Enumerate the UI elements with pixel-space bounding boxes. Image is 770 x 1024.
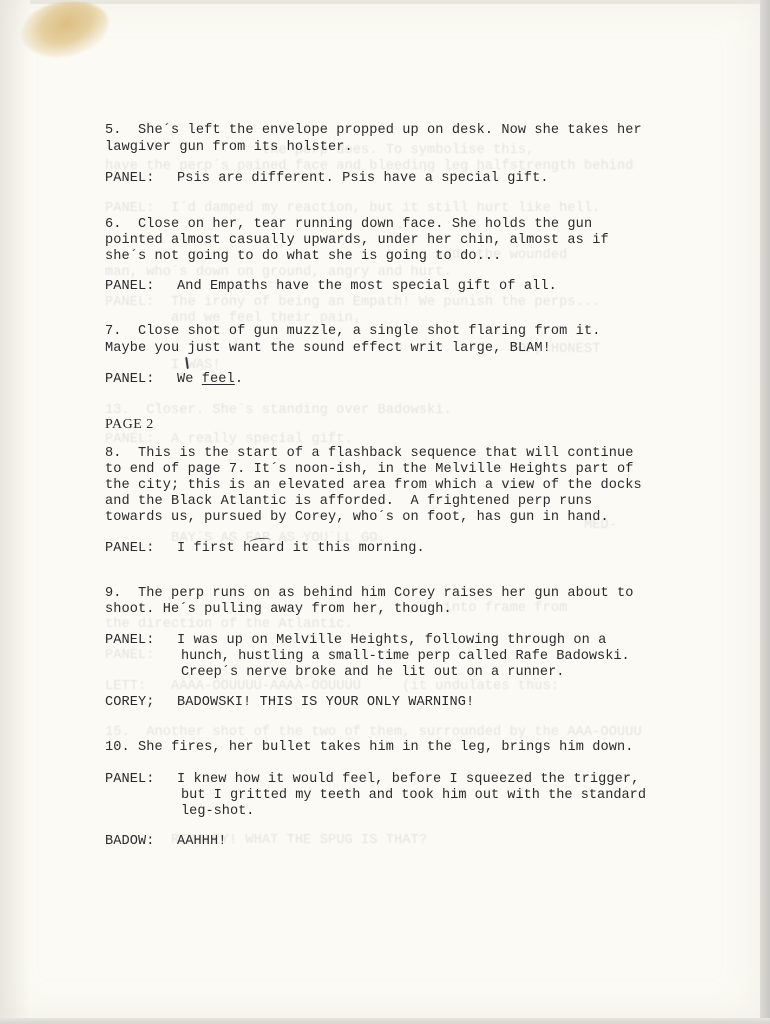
panel-description-line: 9. The perp runs on as behind him Corey …	[105, 586, 634, 602]
bleed-through-line: PANEL:	[105, 648, 155, 664]
speaker-label: BADOW:	[105, 834, 177, 850]
dialogue-continuation: but I gritted my teeth and took him out …	[181, 788, 646, 804]
page-heading: PAGE 2	[105, 417, 154, 433]
speaker-label: PANEL:	[105, 372, 177, 388]
underlined-word: feel	[202, 372, 235, 387]
dialogue-line: COREY;BADOWSKI! THIS IS YOUR ONLY WARNIN…	[105, 695, 474, 711]
panel-description-line: to end of page 7. It´s noon-ish, in the …	[105, 462, 633, 478]
bleed-through-line: 13. Closer. She´s standing over Badowski…	[105, 403, 452, 419]
paper-left-shadow	[0, 0, 30, 1018]
dialogue-continuation: Creep´s nerve broke and he lit out on a …	[181, 665, 564, 681]
bleed-through-line: 15. Another shot of the two of them, sur…	[105, 725, 642, 741]
panel-description-line: the city; this is an elevated area from …	[105, 478, 642, 494]
panel-number: 7.	[105, 324, 122, 339]
panel-description-line: and the Black Atlantic is afforded. A fr…	[105, 494, 592, 510]
dialogue-line: PANEL:I knew how it would feel, before I…	[105, 772, 639, 788]
bleed-through-line: PANEL: The irony of being an Empath! We …	[105, 295, 600, 311]
speaker-label: PANEL:	[105, 279, 177, 295]
dialogue-line: BADOW:AAHHH!	[105, 834, 227, 850]
panel-description-line: pointed almost casually upwards, under h…	[105, 233, 609, 249]
speaker-label: COREY;	[105, 695, 177, 711]
paper-top-edge	[30, 0, 760, 4]
dialogue-continuation: hunch, hustling a small-time perp called…	[181, 649, 630, 665]
dialogue-line: PANEL:And Empaths have the most special …	[105, 279, 557, 295]
bleed-through-line: LETT: AAAA-OOUUUU-AAAA-OOUUUU (it undula…	[105, 679, 559, 695]
panel-number: 6.	[105, 217, 122, 232]
dialogue-continuation: leg-shot.	[181, 804, 254, 820]
panel-description-line: 10. She fires, her bullet takes him in t…	[105, 740, 634, 756]
bleed-through-line: the direction of the Atlantic.	[105, 617, 353, 633]
panel-description-line: shoot. He´s pulling away from her, thoug…	[105, 602, 452, 618]
speaker-label: PANEL:	[105, 633, 177, 649]
bleed-through-line: PANEL: I´d damped my reaction, but it st…	[105, 201, 600, 217]
scanner-bottom-edge	[0, 1018, 770, 1024]
panel-description-line: 6. Close on her, tear running down face.…	[105, 217, 592, 233]
dialogue-line: PANEL:We feel.	[105, 372, 243, 388]
panel-description-line: 5. She´s left the envelope propped up on…	[105, 123, 642, 139]
panel-number: 9.	[105, 586, 122, 601]
dialogue-line: PANEL:I was up on Melville Heights, foll…	[105, 633, 606, 649]
speaker-label: PANEL:	[105, 772, 177, 788]
speaker-label: PANEL:	[105, 541, 177, 557]
scanner-right-edge	[760, 0, 770, 1024]
panel-description-line: 8. This is the start of a flashback sequ…	[105, 446, 634, 462]
panel-description-line: 7. Close shot of gun muzzle, a single sh…	[105, 324, 600, 340]
panel-number: 5.	[105, 123, 122, 138]
panel-description-line: Maybe you just want the sound effect wri…	[105, 341, 551, 357]
panel-description-line: she´s not going to do what she is going …	[105, 249, 501, 265]
panel-number: 8.	[105, 446, 122, 461]
panel-description-line: towards us, pursued by Corey, who´s on f…	[105, 510, 609, 526]
dialogue-line: PANEL:I first heard it this morning.	[105, 541, 425, 557]
panel-number: 10.	[105, 740, 130, 755]
speaker-label: PANEL:	[105, 171, 177, 187]
dialogue-line: PANEL:Psis are different. Psis have a sp…	[105, 171, 549, 187]
panel-description-line: lawgiver gun from its holster.	[105, 140, 353, 156]
